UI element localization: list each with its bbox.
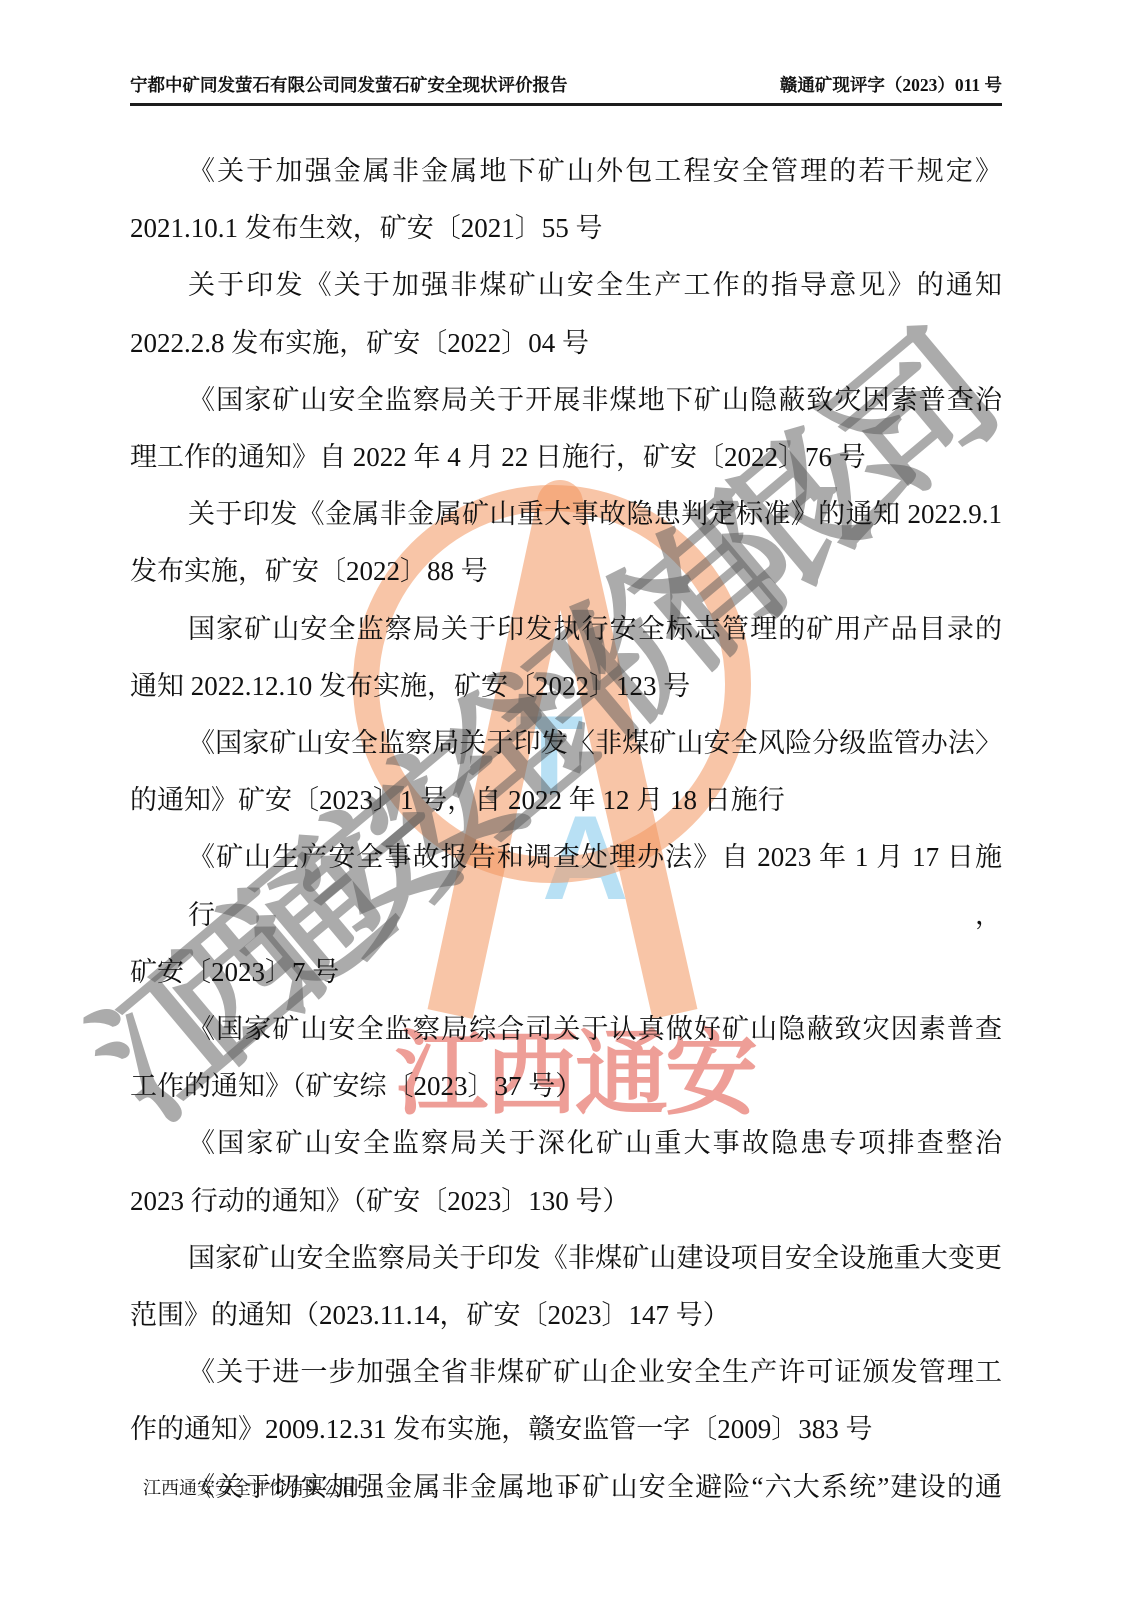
body-line: 《国家矿山安全监察局关于开展非煤地下矿山隐蔽致灾因素普查治	[130, 372, 1002, 429]
body-line: 工作的通知》（矿安综〔2023〕37 号）	[130, 1058, 1002, 1115]
body-line: 范围》的通知（2023.11.14，矿安〔2023〕147 号）	[130, 1287, 1002, 1344]
body-line: 2021.10.1 发布生效，矿安〔2021〕55 号	[130, 200, 1002, 257]
body-line: 国家矿山安全监察局关于印发执行安全标志管理的矿用产品目录的	[130, 601, 1002, 658]
header-report-title: 宁都中矿同发萤石有限公司同发萤石矿安全现状评价报告	[130, 72, 568, 97]
body-line: 2022.2.8 发布实施，矿安〔2022〕04 号	[130, 315, 1002, 372]
body-line: 2023 行动的通知》（矿安〔2023〕130 号）	[130, 1173, 1002, 1230]
body-line: 通知 2022.12.10 发布实施，矿安〔2022〕123 号	[130, 658, 1002, 715]
body-line: 关于印发《金属非金属矿山重大事故隐患判定标准》的通知 2022.9.1	[130, 486, 1002, 543]
page-header: 宁都中矿同发萤石有限公司同发萤石矿安全现状评价报告 赣通矿现评字（2023）01…	[130, 72, 1002, 97]
body-line: 《国家矿山安全监察局关于印发〈非煤矿山安全风险分级监管办法〉	[130, 715, 1002, 772]
body-lines: 《关于加强金属非金属地下矿山外包工程安全管理的若干规定》2021.10.1 发布…	[130, 143, 1002, 1516]
body-line: 作的通知》2009.12.31 发布实施，赣安监管一字〔2009〕383 号	[130, 1401, 1002, 1458]
body-line: 《国家矿山安全监察局综合司关于认真做好矿山隐蔽致灾因素普查	[130, 1001, 1002, 1058]
body-line: 《关于加强金属非金属地下矿山外包工程安全管理的若干规定》	[130, 143, 1002, 200]
body-line: 《关于进一步加强全省非煤矿矿山企业安全生产许可证颁发管理工	[130, 1344, 1002, 1401]
footer-page-number: 18	[130, 1478, 1002, 1500]
body-line: 理工作的通知》自 2022 年 4 月 22 日施行，矿安〔2022〕76 号	[130, 429, 1002, 486]
header-doc-number: 赣通矿现评字（2023）011 号	[780, 72, 1002, 97]
body-line: 国家矿山安全监察局关于印发《非煤矿山建设项目安全设施重大变更	[130, 1230, 1002, 1287]
body-line: 《国家矿山安全监察局关于深化矿山重大事故隐患专项排查整治	[130, 1115, 1002, 1172]
body-line: 《矿山生产安全事故报告和调查处理办法》自 2023 年 1 月 17 日施行，	[130, 829, 1002, 943]
body-line: 关于印发《关于加强非煤矿山安全生产工作的指导意见》的通知	[130, 257, 1002, 314]
body-line: 矿安〔2023〕7 号	[130, 944, 1002, 1001]
body-line: 发布实施，矿安〔2022〕88 号	[130, 543, 1002, 600]
document-page: T A 江西通安 江西通安安全评价有限公司 宁都中矿同发萤石有限公司同发萤石矿安…	[0, 0, 1131, 1600]
body-line: 的通知》矿安〔2023〕1 号，自 2022 年 12 月 18 日施行	[130, 772, 1002, 829]
header-rule	[130, 103, 1002, 106]
